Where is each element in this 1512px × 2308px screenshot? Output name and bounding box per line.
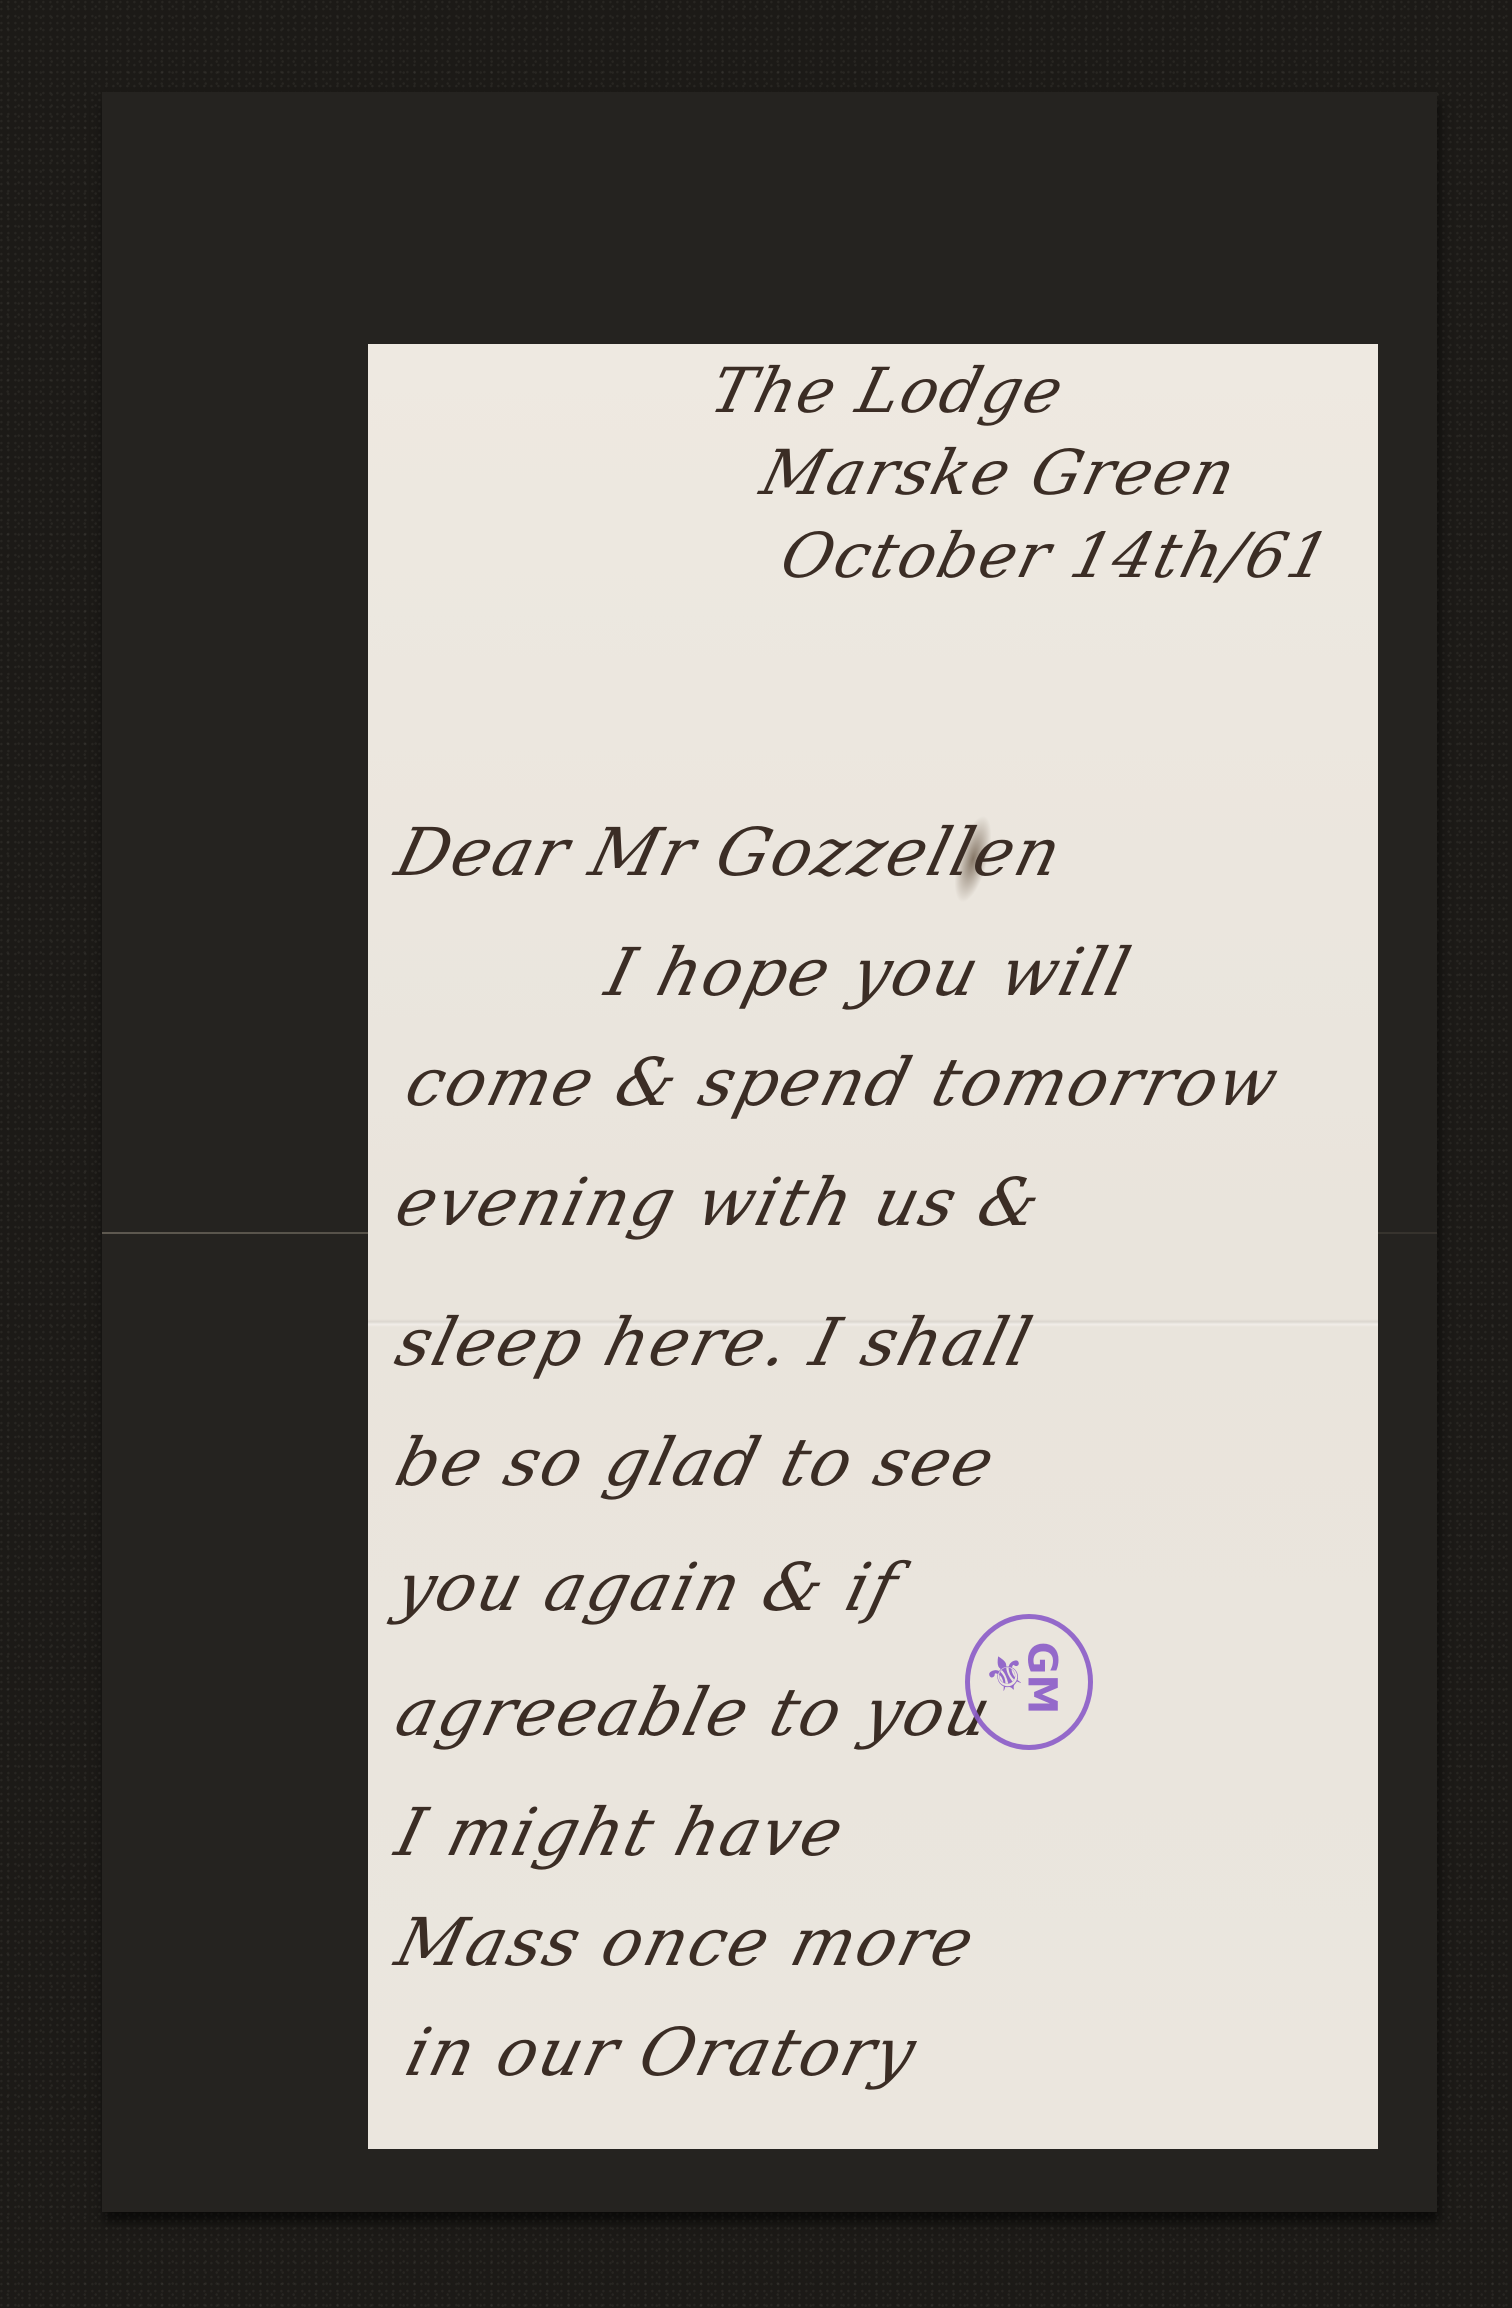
body-line-9: Mass once more [388,1904,983,1981]
stamp-initials: GM [1019,1642,1065,1715]
body-line-5: be so glad to see [388,1424,1003,1501]
mourning-border-card: The Lodge Marske Green October 14th/61 D… [102,92,1437,2212]
collection-stamp: ⚜ GM [965,1614,1093,1750]
body-line-1: I hope you will [598,934,1139,1011]
address-line-2: Marske Green [754,436,1245,509]
address-line-1: The Lodge [704,354,1072,427]
body-line-10: in our Oratory [398,2014,925,2091]
letter-paper: The Lodge Marske Green October 14th/61 D… [368,344,1378,2149]
body-line-4: sleep here. I shall [388,1304,1041,1381]
date-line: October 14th/61 [774,519,1339,592]
body-line-8: I might have [388,1794,852,1871]
body-line-6: you again & if [388,1549,907,1626]
body-line-7: agreeable to you [388,1674,1000,1751]
salutation: Dear Mr Gozzellen [388,814,1070,891]
body-line-2: come & spend tomorrow [398,1044,1287,1121]
body-line-3: evening with us & [388,1164,1050,1241]
